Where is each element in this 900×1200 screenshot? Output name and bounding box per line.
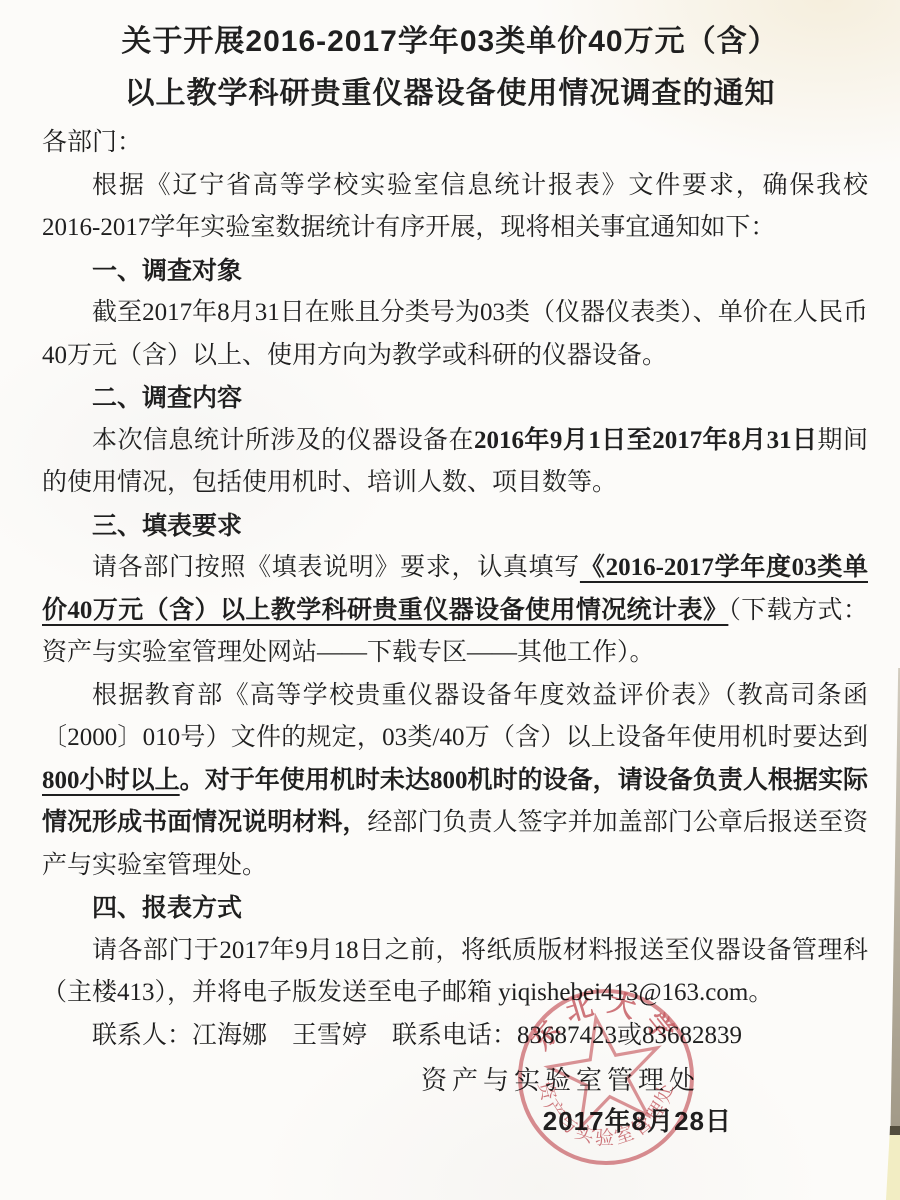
section-heading: 四、报表方式 [42, 887, 868, 930]
section-heading: 三、填表要求 [42, 505, 868, 548]
paragraph: 请各部门于2017年9月18日之前，将纸质版材料报送至仪器设备管理科（主楼413… [42, 930, 868, 1015]
notice-content: 各部门： 根据《辽宁省高等学校实验室信息统计报表》文件要求，确保我校2016-2… [0, 120, 900, 1141]
signoff-department: 资产与实验室管理处 [42, 1061, 868, 1101]
paragraph: 请各部门按照《填表说明》要求，认真填写《2016-2017学年度03类单价40万… [42, 547, 868, 675]
notice-title-line-1: 关于开展2016-2017学年03类单价40万元（含） [60, 16, 840, 68]
paragraph: 联系人：冮海娜 王雪婷 联系电话：83687423或83682839 [42, 1015, 868, 1058]
edge-underpage-strip [886, 1135, 900, 1200]
section-heading: 一、调查对象 [42, 250, 868, 293]
paragraph: 截至2017年8月31日在账且分类号为03类（仪器仪表类）、单价在人民币40万元… [42, 292, 868, 377]
notice-body: 根据《辽宁省高等学校实验室信息统计报表》文件要求，确保我校2016-2017学年… [42, 165, 868, 1058]
signoff-date: 2017年8月28日 [42, 1101, 868, 1141]
notice-title: 关于开展2016-2017学年03类单价40万元（含） 以上教学科研贵重仪器设备… [60, 16, 840, 120]
section-heading: 二、调查内容 [42, 377, 868, 420]
notice-title-line-2: 以上教学科研贵重仪器设备使用情况调查的通知 [60, 68, 840, 120]
salutation: 各部门： [42, 122, 868, 165]
document-page: 关于开展2016-2017学年03类单价40万元（含） 以上教学科研贵重仪器设备… [0, 0, 900, 1200]
signoff: 资产与实验室管理处 2017年8月28日 [42, 1061, 868, 1141]
paragraph: 根据教育部《高等学校贵重仪器设备年度效益评价表》（教高司条函〔2000〕010号… [42, 675, 868, 888]
paragraph: 本次信息统计所涉及的仪器设备在2016年9月1日至2017年8月31日期间的使用… [42, 420, 868, 505]
paragraph: 根据《辽宁省高等学校实验室信息统计报表》文件要求，确保我校2016-2017学年… [42, 165, 868, 250]
